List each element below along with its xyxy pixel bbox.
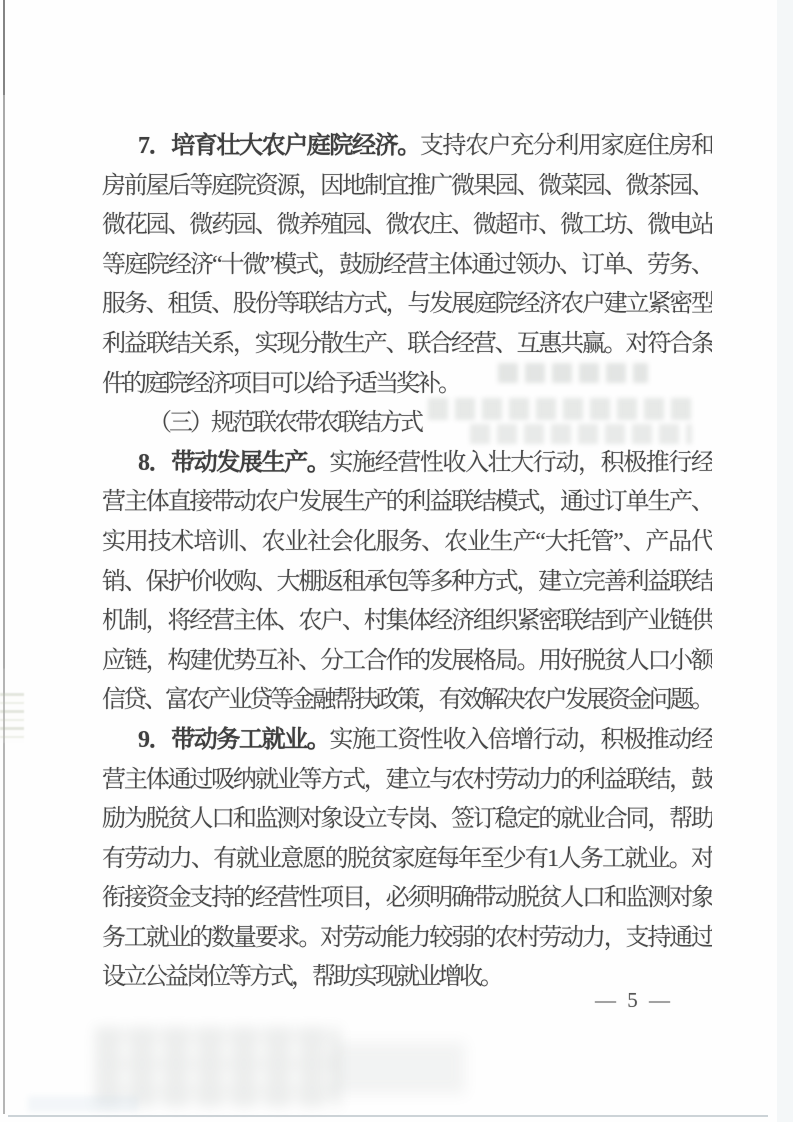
scanned-document-page: 7．培育壮大农户庭院经济。支持农户充分利用家庭住房和 房前屋后等庭院资源，因地制…	[0, 0, 793, 1122]
document-body: 7．培育壮大农户庭院经济。支持农户充分利用家庭住房和 房前屋后等庭院资源，因地制…	[102, 127, 712, 998]
bleedthrough-ghost	[95, 1027, 340, 1107]
paragraph-7-lead: 7．培育壮大农户庭院经济。	[138, 133, 420, 159]
paragraph-7-line: 7．培育壮大农户庭院经济。支持农户充分利用家庭住房和	[102, 127, 712, 167]
paragraph-8-line: 信贷、富农产业贷等金融帮扶政策，有效解决农户发展资金问题。	[102, 681, 712, 721]
paragraph-9-line: 有劳动力、有就业意愿的脱贫家庭每年至少有1人务工就业。对	[102, 840, 712, 880]
paragraph-7-line: 利益联结关系，实现分散生产、联合经营、互惠共赢。对符合条	[102, 325, 712, 365]
section-heading: （三）规范联农带农联结方式	[102, 404, 712, 444]
paragraph-7-line: 件的庭院经济项目可以给予适当奖补。	[102, 365, 712, 405]
paragraph-7-line: 微花园、微药园、微养殖园、微农庄、微超市、微工坊、微电站	[102, 206, 712, 246]
paragraph-7-text: 支持农户充分利用家庭住房和	[420, 133, 712, 159]
paragraph-9-line: 营主体通过吸纳就业等方式，建立与农村劳动力的利益联结，鼓	[102, 761, 712, 801]
paragraph-9-line: 励为脱贫人口和监测对象设立专岗、签订稳定的就业合同，帮助	[102, 800, 712, 840]
paragraph-9-line: 务工就业的数量要求。对劳动能力较弱的农村劳动力，支持通过	[102, 919, 712, 959]
bleedthrough-ghost	[330, 1042, 465, 1094]
paragraph-8-line: 营主体直接带动农户发展生产的利益联结模式，通过订单生产、	[102, 483, 712, 523]
paragraph-8-line: 应链，构建优势互补、分工合作的发展格局。用好脱贫人口小额	[102, 642, 712, 682]
paragraph-8-line: 8．带动发展生产。实施经营性收入壮大行动，积极推行经	[102, 444, 712, 484]
paragraph-9-line: 衔接资金支持的经营性项目，必须明确带动脱贫人口和监测对象	[102, 879, 712, 919]
paragraph-9-text: 实施工资性收入倍增行动，积极推动经	[329, 727, 712, 753]
paragraph-8-line: 销、保护价收购、大棚返租承包等多种方式，建立完善利益联结	[102, 563, 712, 603]
paragraph-7-line: 房前屋后等庭院资源，因地制宜推广微果园、微菜园、微茶园、	[102, 167, 712, 207]
page-number: — 5 —	[595, 988, 673, 1013]
scan-left-edge-artifact	[0, 693, 24, 743]
paragraph-9-line: 9．带动务工就业。实施工资性收入倍增行动，积极推动经	[102, 721, 712, 761]
bleedthrough-ghost	[28, 1096, 138, 1112]
scan-left-edge-line	[3, 0, 5, 1114]
paragraph-8-text: 实施经营性收入壮大行动，积极推行经	[329, 450, 712, 476]
paragraph-8-lead: 8．带动发展生产。	[138, 450, 329, 476]
paragraph-8-line: 实用技术培训、农业社会化服务、农业生产“大托管”、产品代	[102, 523, 712, 563]
scan-right-edge-tint	[777, 0, 793, 1122]
paragraph-8-line: 机制，将经营主体、农户、村集体经济组织紧密联结到产业链供	[102, 602, 712, 642]
paragraph-7-line: 等庭院经济“十微”模式，鼓励经营主体通过领办、订单、劳务、	[102, 246, 712, 286]
paragraph-7-line: 服务、租赁、股份等联结方式，与发展庭院经济农户建立紧密型	[102, 285, 712, 325]
scan-bottom-edge-line	[8, 1115, 768, 1117]
paragraph-9-lead: 9．带动务工就业。	[138, 727, 329, 753]
